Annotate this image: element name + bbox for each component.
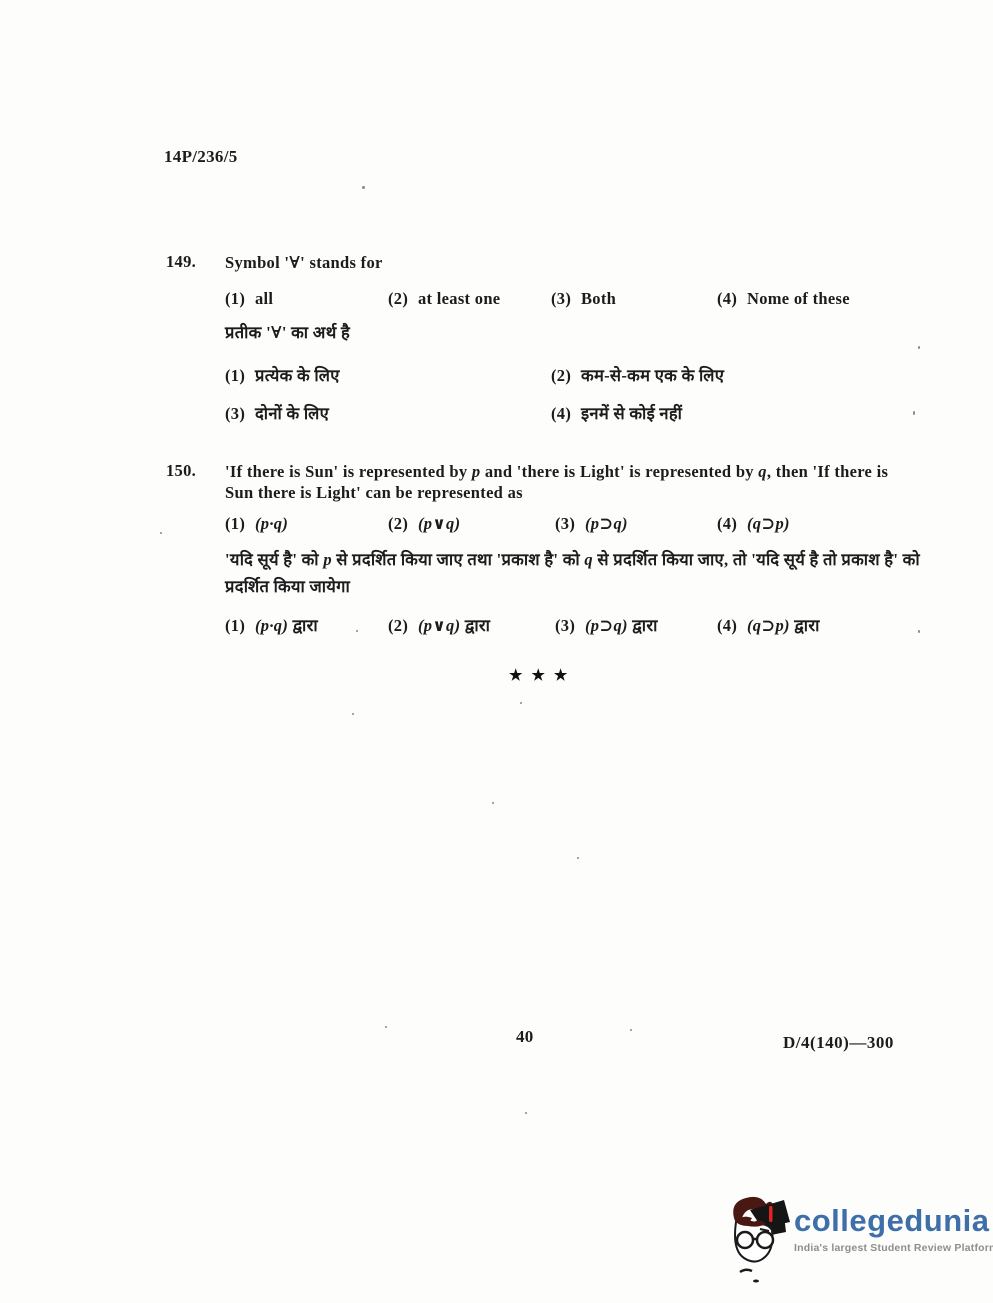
scan-speck: [356, 630, 358, 632]
q150-option-2-en: (2)(p∨q): [388, 514, 460, 534]
q150-stem-english: 'If there is Sun' is represented by p an…: [225, 461, 913, 503]
option-text: इनमें से कोई नहीं: [581, 404, 682, 423]
stem-part: 'यदि सूर्य है' को: [225, 550, 323, 569]
q149-option-2-en: (2)at least one: [388, 289, 500, 309]
stem-part: से प्रदर्शित किया जाए तथा 'प्रकाश है' को: [332, 550, 585, 569]
var-q: q: [584, 550, 593, 569]
option-text: कम-से-कम एक के लिए: [581, 366, 724, 385]
paper-code: 14P/236/5: [164, 147, 238, 167]
option-formula: (p∨q): [418, 616, 460, 635]
q150-stem-hindi: 'यदि सूर्य है' को p से प्रदर्शित किया जा…: [225, 546, 925, 600]
q149-option-4-en: (4)Nome of these: [717, 289, 850, 309]
scan-speck: [520, 702, 522, 704]
q150-option-1-en: (1)(p·q): [225, 514, 288, 534]
q150-option-2-hi: (2)(p∨q) द्वारा: [388, 613, 490, 636]
option-label: (1): [225, 616, 255, 636]
option-text: Nome of these: [747, 289, 850, 308]
option-label: (4): [717, 289, 747, 309]
option-text: प्रत्येक के लिए: [255, 366, 340, 385]
q150-option-4-en: (4)(q⊃p): [717, 514, 790, 534]
q149-option-4-hi: (4)इनमें से कोई नहीं: [551, 401, 682, 424]
option-formula: (p·q): [255, 514, 288, 533]
q149-stem-hindi: प्रतीक '∀' का अर्थ है: [225, 320, 350, 343]
option-text: all: [255, 289, 273, 308]
brand-name: collegedunia: [794, 1206, 989, 1236]
option-label: (2): [551, 366, 581, 386]
scan-speck: [918, 346, 920, 349]
q149-option-3-hi: (3)दोनों के लिए: [225, 401, 329, 424]
option-label: (4): [551, 404, 581, 424]
option-suffix: द्वारा: [293, 616, 318, 635]
end-of-paper-stars: ★★★: [509, 666, 576, 685]
q149-option-1-en: (1)all: [225, 289, 273, 309]
var-q: q: [758, 462, 767, 481]
var-p: p: [323, 550, 332, 569]
option-suffix: द्वारा: [632, 616, 657, 635]
q149-option-3-en: (3)Both: [551, 289, 616, 309]
option-label: (1): [225, 289, 255, 309]
q150-option-4-hi: (4)(q⊃p) द्वारा: [717, 613, 820, 636]
scan-speck: [577, 857, 579, 859]
scan-speck: [385, 1026, 387, 1028]
option-label: (3): [225, 404, 255, 424]
stem-part: 'If there is Sun' is represented by: [225, 462, 472, 481]
scan-speck: [918, 630, 920, 633]
option-label: (2): [388, 616, 418, 636]
option-formula: (p∨q): [418, 514, 460, 533]
q150-option-1-hi: (1)(p·q) द्वारा: [225, 613, 318, 636]
q149-option-2-hi: (2)कम-से-कम एक के लिए: [551, 363, 724, 386]
scan-speck: [160, 532, 162, 534]
q149-stem-english: Symbol '∀' stands for: [225, 252, 383, 273]
option-label: (4): [717, 514, 747, 534]
q150-option-3-hi: (3)(p⊃q) द्वारा: [555, 613, 658, 636]
option-text: at least one: [418, 289, 500, 308]
option-label: (1): [225, 514, 255, 534]
page-number: 40: [516, 1027, 534, 1047]
option-label: (2): [388, 289, 418, 309]
q149-option-1-hi: (1)प्रत्येक के लिए: [225, 363, 340, 386]
option-formula: (p·q): [255, 616, 288, 635]
scan-speck: [362, 186, 365, 189]
option-label: (1): [225, 366, 255, 386]
q149-number: 149.: [166, 252, 196, 272]
option-label: (3): [555, 514, 585, 534]
brand-tagline: India's largest Student Review Platform: [794, 1242, 993, 1254]
option-suffix: द्वारा: [794, 616, 819, 635]
option-label: (4): [717, 616, 747, 636]
option-formula: (q⊃p): [747, 616, 790, 635]
option-formula: (p⊃q): [585, 616, 628, 635]
scan-speck: [492, 802, 494, 804]
option-label: (3): [551, 289, 581, 309]
scanned-exam-page: 14P/236/5 149. Symbol '∀' stands for (1)…: [0, 0, 993, 1303]
print-run-code: D/4(140)—300: [783, 1033, 894, 1053]
q150-option-3-en: (3)(p⊃q): [555, 514, 628, 534]
scan-speck: [525, 1112, 527, 1114]
scan-speck: [630, 1029, 632, 1031]
option-text: Both: [581, 289, 616, 308]
scan-speck: [352, 713, 354, 715]
option-suffix: द्वारा: [465, 616, 490, 635]
scan-speck: [913, 411, 915, 415]
collegedunia-logo[interactable]: collegedunia .com India's largest Studen…: [722, 1188, 984, 1288]
q150-number: 150.: [166, 461, 196, 481]
option-label: (3): [555, 616, 585, 636]
option-formula: (q⊃p): [747, 514, 790, 533]
stem-part: and 'there is Light' is represented by: [480, 462, 758, 481]
option-label: (2): [388, 514, 418, 534]
collegedunia-mascot-icon: [722, 1188, 792, 1289]
option-text: दोनों के लिए: [255, 404, 329, 423]
option-formula: (p⊃q): [585, 514, 628, 533]
logo-text-block: collegedunia .com India's largest Studen…: [794, 1206, 993, 1254]
